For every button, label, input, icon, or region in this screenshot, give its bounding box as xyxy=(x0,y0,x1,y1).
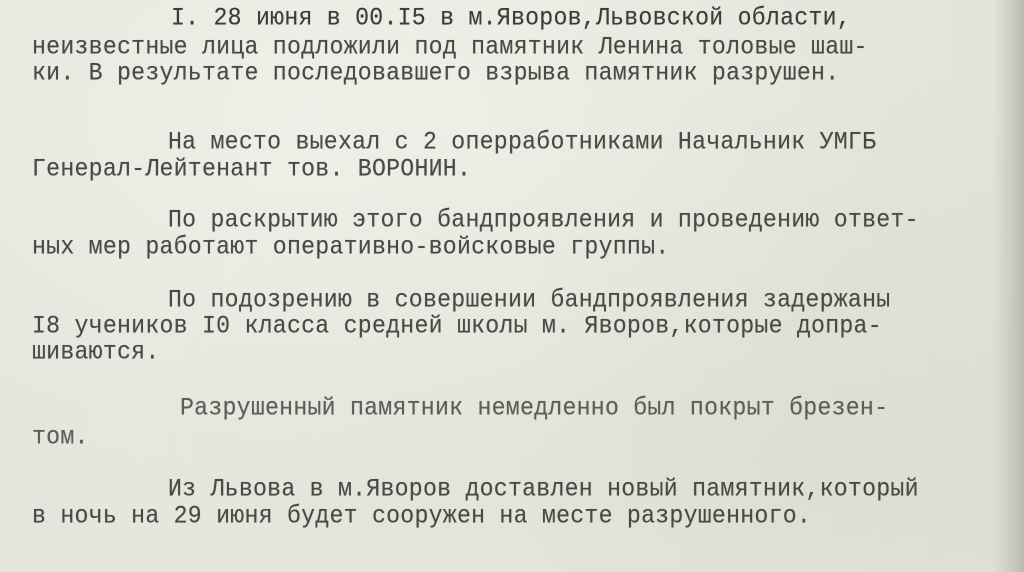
text-line: Разрушенный памятник немедленно был покр… xyxy=(180,396,888,421)
text-line: ки. В результате последовавшего взрыва п… xyxy=(32,61,839,86)
text-line: Генерал-Лейтенант тов. ВОРОНИН. xyxy=(32,157,471,182)
text-line: том. xyxy=(32,425,89,450)
text-line: ных мер работают оперативно-войсковые гр… xyxy=(32,235,669,260)
text-line: I8 учеников I0 класса средней школы м. Я… xyxy=(32,314,882,339)
text-line: Из Львова в м.Яворов доставлен новый пам… xyxy=(168,477,919,502)
document-page: I. 28 июня в 00.I5 в м.Яворов,Львовской … xyxy=(0,0,1024,572)
text-line: шиваются. xyxy=(32,340,159,365)
text-line: в ночь на 29 июня будет сооружен на мест… xyxy=(32,504,811,529)
text-line: I. 28 июня в 00.I5 в м.Яворов,Львовской … xyxy=(171,6,851,31)
text-line: По подозрению в совершении бандпроявлени… xyxy=(168,288,890,313)
text-line: неизвестные лица подложили под памятник … xyxy=(32,35,868,60)
text-line: По раскрытию этого бандпроявления и пров… xyxy=(168,208,919,233)
text-line: На место выехал с 2 оперработниками Нача… xyxy=(168,130,876,155)
